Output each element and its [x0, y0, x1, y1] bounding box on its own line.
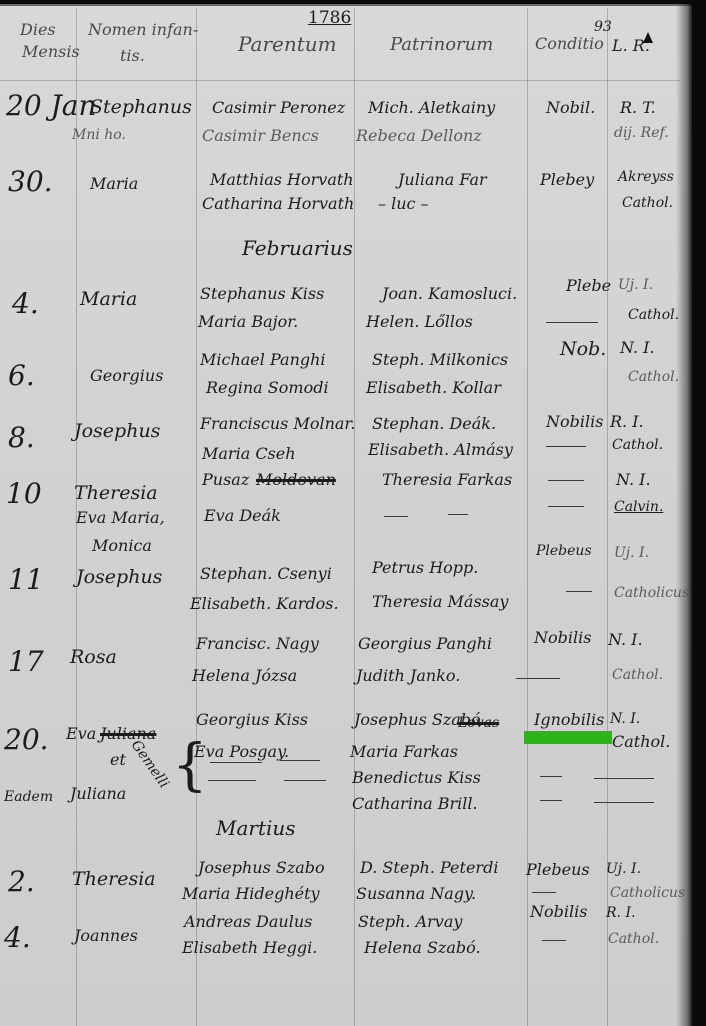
- entry-religion: Cathol.: [608, 932, 659, 946]
- page-edge-shadow: [676, 4, 692, 1026]
- entry-day: 2.: [8, 868, 35, 896]
- month-heading: Februarius: [242, 238, 353, 258]
- entry-godparent: Mich. Aletkainy: [368, 100, 495, 116]
- entry-religion: Cathol.: [628, 308, 679, 322]
- entry-child: Josephus: [76, 568, 162, 587]
- header-condition: Conditio: [535, 36, 604, 52]
- ditto-dash: [542, 940, 566, 941]
- entry-condition: Plebeus: [536, 544, 592, 558]
- entry-godparent: Joan. Kamosluci.: [382, 286, 517, 302]
- entry-godparent: Elisabeth. Almásy: [368, 442, 513, 458]
- header-parents: Parentum: [238, 34, 337, 54]
- entry-day: 30.: [8, 168, 53, 196]
- ditto-dash: [566, 591, 592, 592]
- entry-religion: Catholicus: [610, 886, 685, 900]
- green-highlight: [524, 731, 612, 744]
- entry-child: Rosa: [70, 648, 117, 667]
- entry-day: 4.: [4, 924, 31, 952]
- entry-condition: Nobilis: [534, 630, 591, 646]
- entry-parent-mother: Maria Bajor.: [198, 314, 298, 330]
- entry-religion: Cathol.: [612, 734, 670, 750]
- header-religion: L. R.: [612, 38, 650, 54]
- entry-condition: Nobilis: [530, 904, 587, 920]
- entry-child: Georgius: [90, 368, 163, 384]
- ditto-dash: [384, 516, 408, 517]
- ditto-dash: [208, 780, 256, 781]
- entry-godparent: Georgius Panghi: [358, 636, 492, 652]
- ditto-dash: [210, 762, 262, 763]
- entry-religion: N. I.: [608, 632, 643, 648]
- entry-child-extra: et: [110, 752, 126, 768]
- entry-godparent: Susanna Nagy.: [356, 886, 476, 902]
- ditto-dash: [540, 776, 562, 777]
- entry-godparent: Maria Farkas: [350, 744, 458, 760]
- column-rule: [196, 8, 197, 1026]
- ditto-dash: [548, 506, 584, 507]
- entry-religion: Uj. I.: [614, 546, 649, 560]
- entry-parent-father: Franciscus Molnar.: [200, 416, 355, 432]
- entry-godparent: Steph. Milkonics: [372, 352, 508, 368]
- entry-parent-mother: Helena Józsa: [192, 668, 297, 684]
- header-godparents: Patrinorum: [390, 36, 493, 54]
- entry-child-note: Mni ho.: [72, 128, 126, 142]
- entry-parent-father: Stephanus Kiss: [200, 286, 324, 302]
- entry-day-note: Eadem: [4, 790, 53, 804]
- entry-parent-father: Casimir Peronez: [212, 100, 345, 116]
- entry-godparent: – luc –: [378, 196, 429, 212]
- ditto-dash: [516, 678, 560, 679]
- entry-parent-mother: Maria Cseh: [202, 446, 296, 462]
- ditto-dash: [594, 802, 654, 803]
- entry-religion: N. I.: [620, 340, 655, 356]
- entry-godparent: Helen. Lőllos: [366, 314, 473, 330]
- entry-godparent: Elisabeth. Kollar: [366, 380, 501, 396]
- entry-religion: Catholicus: [614, 586, 689, 600]
- entry-parent-father: Pusaz: [202, 472, 249, 488]
- entry-condition: Plebey: [540, 172, 594, 188]
- header-name: Nomen infan-: [88, 22, 198, 38]
- entry-parent-mother: Elisabeth. Kardos.: [190, 596, 339, 612]
- entry-godparent: Rebeca Dellonz: [356, 128, 482, 144]
- entry-child: Joannes: [74, 928, 138, 944]
- ditto-dash: [546, 446, 586, 447]
- ditto-dash: [284, 780, 326, 781]
- entry-godparent: Helena Szabó.: [364, 940, 481, 956]
- entry-parent-father: Matthias Horvath: [210, 172, 354, 188]
- entry-condition: Nobil.: [546, 100, 595, 116]
- entry-religion: Akreyss: [618, 170, 674, 184]
- entry-religion: N. I.: [616, 472, 651, 488]
- entry-godparent: Theresia Mássay: [372, 594, 508, 610]
- entry-day: 11: [8, 566, 44, 594]
- entry-godparent: Steph. Arvay: [358, 914, 462, 930]
- entry-child: Eva: [66, 726, 96, 742]
- column-rule: [354, 8, 355, 1026]
- month-heading: Martius: [216, 818, 296, 838]
- ditto-dash: [280, 760, 320, 761]
- entry-child: Josephus: [74, 422, 160, 441]
- ditto-dash: [532, 892, 556, 893]
- entry-child: Maria: [90, 176, 138, 192]
- entry-child-extra: Monica: [92, 538, 152, 554]
- entry-religion: R. T.: [620, 100, 656, 116]
- entry-condition: Plebeus: [526, 862, 590, 878]
- entry-parent-father: Francisc. Nagy: [196, 636, 319, 652]
- entry-parent-mother: Elisabeth Heggi.: [182, 940, 317, 956]
- entry-day: 20 Jan: [6, 92, 96, 120]
- page-number: 93: [594, 20, 612, 34]
- entry-religion: Calvin.: [614, 500, 663, 514]
- entry-day: 4.: [12, 290, 39, 318]
- entry-godparent: Catharina Brill.: [352, 796, 478, 812]
- entry-child: Theresia: [72, 870, 156, 889]
- ditto-dash: [540, 800, 562, 801]
- entry-godparent: Stephan. Deák.: [372, 416, 496, 432]
- entry-religion: R. I.: [606, 906, 635, 920]
- entry-godparent: Benedictus Kiss: [352, 770, 481, 786]
- entry-religion: dij. Ref.: [614, 126, 669, 140]
- entry-condition: Nob.: [560, 340, 606, 359]
- entry-godparent: D. Steph. Peterdi: [360, 860, 498, 876]
- entry-godparent: Petrus Hopp.: [372, 560, 478, 576]
- entry-parent-mother: Maria Hideghéty: [182, 886, 320, 902]
- struck-text: Moldovan: [256, 472, 336, 488]
- entry-child-extra: Eva Maria,: [76, 510, 165, 526]
- entry-religion: Cathol.: [628, 370, 679, 384]
- entry-condition: Ignobilis: [534, 712, 604, 728]
- entry-child: Stephanus: [90, 98, 192, 117]
- header-date: Dies: [20, 22, 56, 38]
- entry-religion: R. I.: [610, 414, 644, 430]
- struck-text: Juliana: [100, 726, 156, 742]
- ditto-dash: [548, 480, 584, 481]
- entry-parent-mother: Casimir Bencs: [202, 128, 319, 144]
- entry-parent-mother: Catharina Horvath: [202, 196, 354, 212]
- entry-condition: Plebe: [566, 278, 611, 294]
- entry-parent-father: Georgius Kiss: [196, 712, 308, 728]
- entry-day: 17: [8, 648, 44, 676]
- header-date-2: Mensis: [22, 44, 80, 60]
- header-name-2: tis.: [120, 48, 145, 64]
- entry-godparent: Theresia Farkas: [382, 472, 512, 488]
- entry-day: 6.: [8, 362, 35, 390]
- entry-parent-father: Stephan. Csenyi: [200, 566, 332, 582]
- entry-religion: Uj. I.: [606, 862, 641, 876]
- ditto-dash: [448, 514, 468, 515]
- entry-religion: Cathol.: [622, 196, 673, 210]
- entry-godparent: Judith Janko.: [356, 668, 460, 684]
- entry-religion: Cathol.: [612, 438, 663, 452]
- entry-religion: Cathol.: [612, 668, 663, 682]
- ditto-dash: [594, 778, 654, 779]
- ditto-dash: [546, 322, 598, 323]
- struck-text: Lovas: [458, 716, 499, 730]
- header-rule: [0, 80, 680, 81]
- entry-parent-father: Andreas Daulus: [184, 914, 312, 930]
- entry-parent-father: Michael Panghi: [200, 352, 326, 368]
- entry-parent-mother: Eva Posgay.: [194, 744, 289, 760]
- entry-child: Maria: [80, 290, 137, 309]
- entry-religion: N. I.: [610, 712, 640, 726]
- entry-day: 8.: [8, 424, 35, 452]
- entry-day: 20.: [4, 726, 49, 754]
- entry-godparent: Juliana Far: [398, 172, 487, 188]
- entry-religion: Uj. I.: [618, 278, 653, 292]
- year: 1786: [308, 10, 351, 27]
- entry-parent-mother: Eva Deák: [204, 508, 281, 524]
- entry-day: 10: [6, 480, 42, 508]
- entry-child: Theresia: [74, 484, 158, 503]
- entry-child-extra: Juliana: [70, 786, 126, 802]
- entry-parent-father: Josephus Szabo: [198, 860, 325, 876]
- entry-parent-mother: Regina Somodi: [206, 380, 329, 396]
- entry-condition: Nobilis: [546, 414, 603, 430]
